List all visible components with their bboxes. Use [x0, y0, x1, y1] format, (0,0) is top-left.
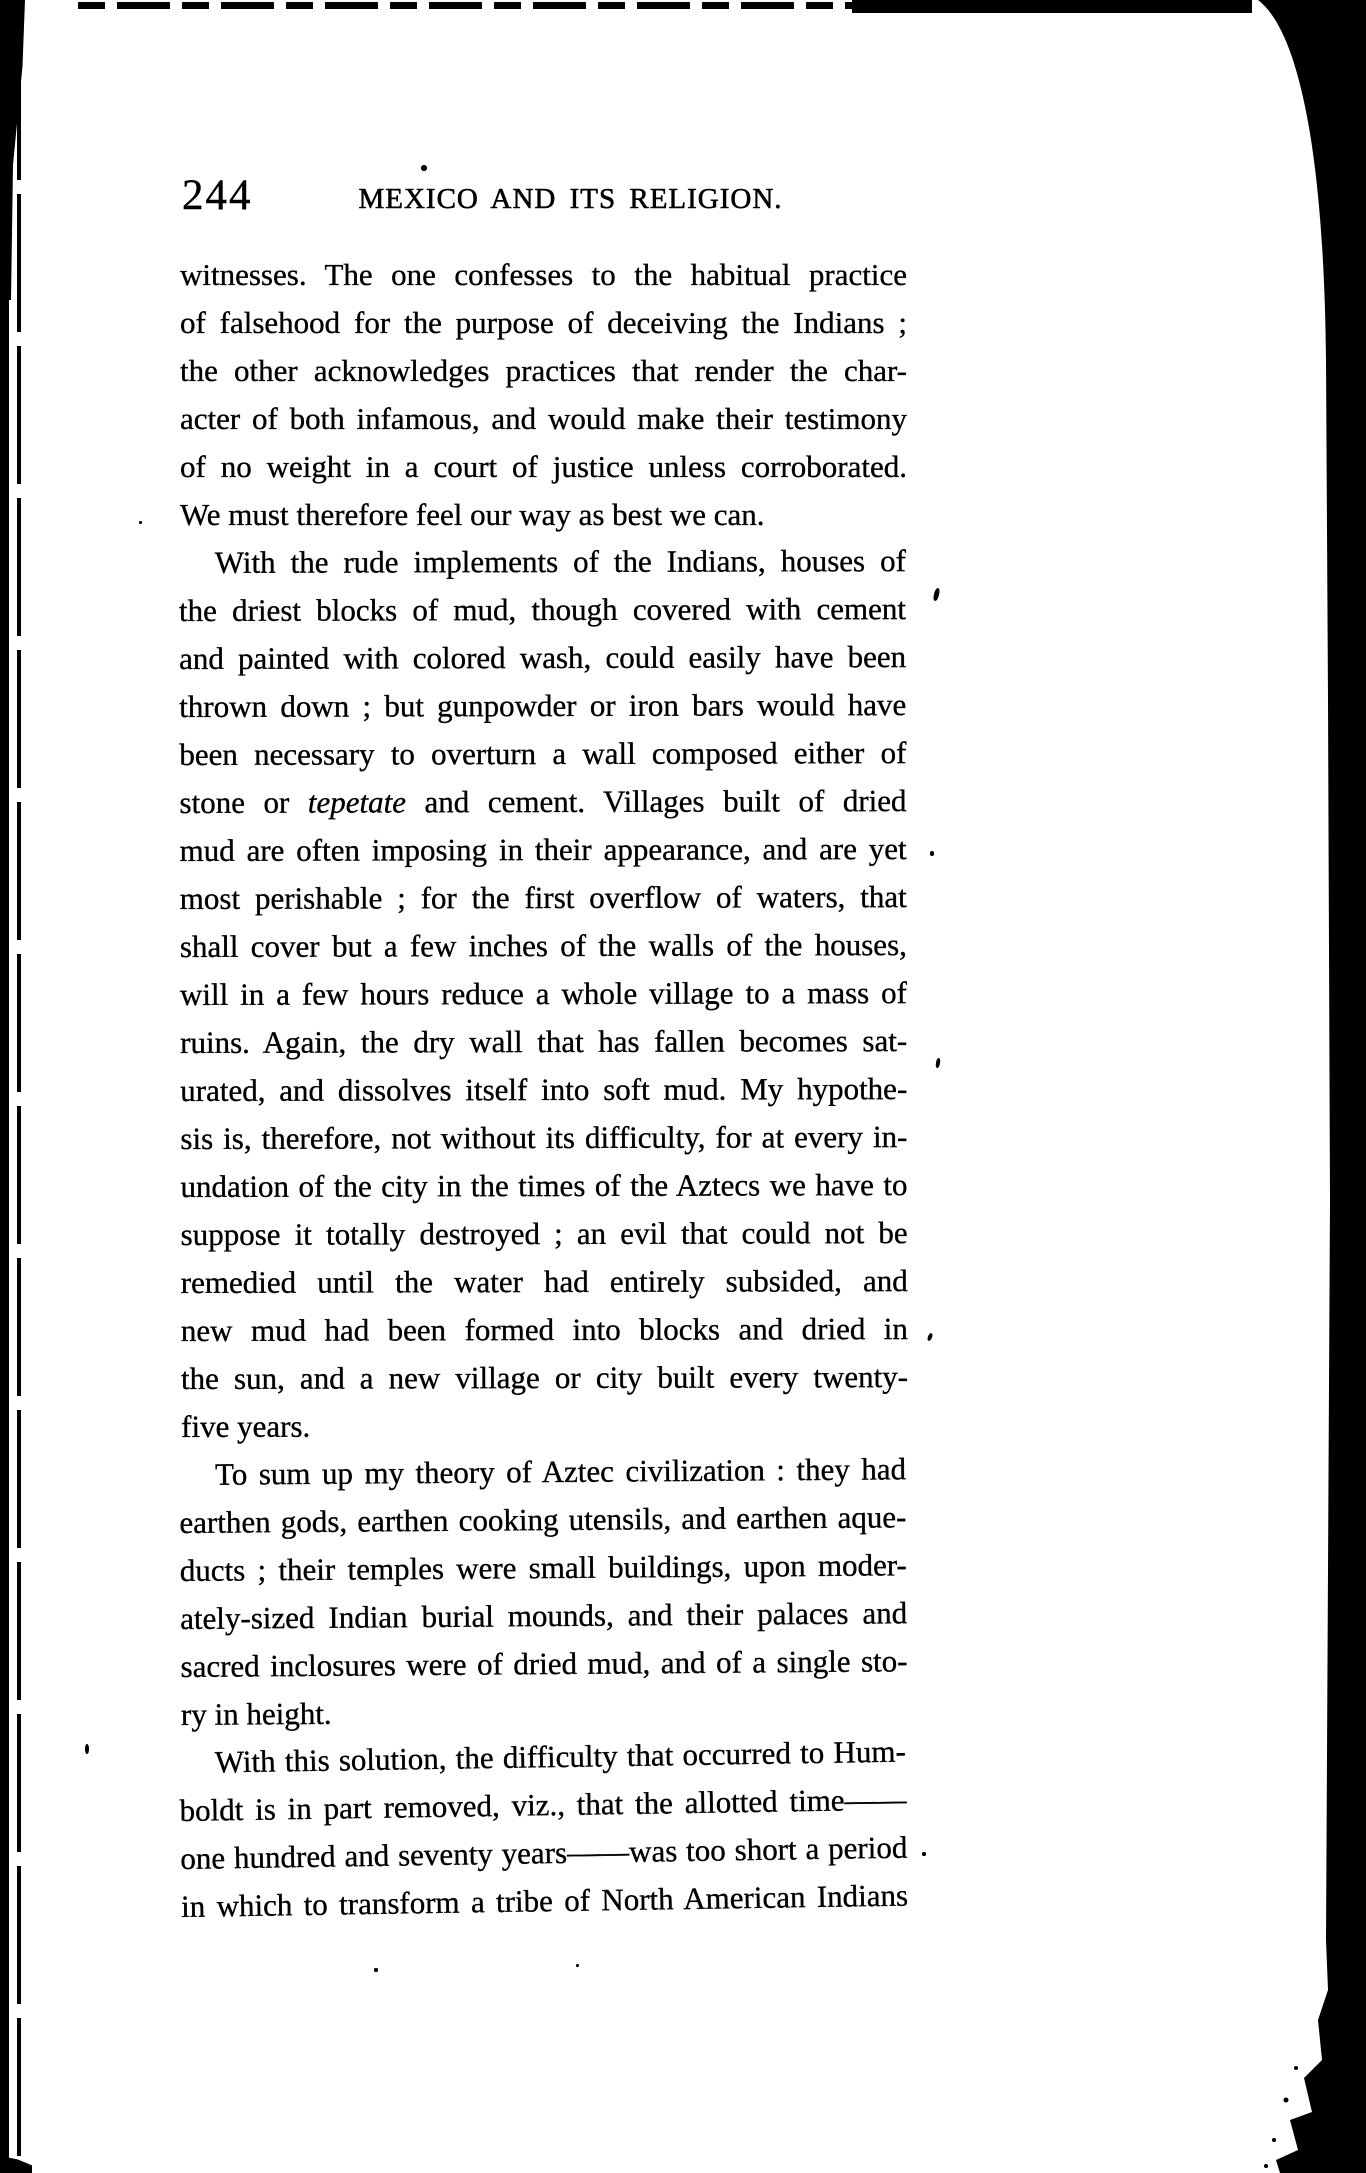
scan-right-edge-shadow: [1246, 0, 1366, 2173]
ink-speck: [935, 1058, 941, 1069]
paragraph: witnesses. The one confesses to the habi…: [180, 251, 907, 539]
ink-speck: [930, 851, 934, 856]
scan-left-edge-bar: [0, 0, 9, 2173]
paragraph: With this solution, the difficulty that …: [178, 1728, 908, 1931]
ink-speck: [933, 588, 941, 602]
text-line: stone or tepetate and cement. Villages b…: [179, 777, 906, 827]
scan-left-edge-line: [17, 42, 21, 2173]
scan-left-top-blob: [0, 0, 25, 300]
page-text-block: witnesses. The one confesses to the habi…: [180, 251, 907, 1931]
text-line: the driest blocks of mud, though covered…: [179, 585, 906, 635]
text-line: thrown down ; but gunpowder or iron bars…: [179, 681, 906, 731]
scan-bottom-left-mark: [0, 2156, 32, 2173]
text-line: will in a few hours reduce a whole villa…: [180, 969, 907, 1019]
text-line: ducts ; their temples were small buildin…: [180, 1541, 907, 1595]
ink-speck: [85, 1744, 89, 1754]
paragraph: To sum up my theory of Aztec civilizatio…: [179, 1445, 908, 1739]
running-title: MEXICO AND ITS RELIGION.: [207, 184, 934, 214]
text-line: most perishable ; for the first overflow…: [180, 873, 907, 923]
ink-speck: [576, 1964, 579, 1967]
text-line: mud are often imposing in their appearan…: [180, 825, 907, 875]
text-line: To sum up my theory of Aztec civilizatio…: [179, 1445, 906, 1499]
text-line: sis is, therefore, not without its diffi…: [180, 1113, 907, 1163]
ink-speck: [421, 165, 427, 171]
ink-speck: [374, 1968, 378, 1972]
scan-top-edge-band: [852, 0, 1252, 13]
text-line: in which to transform a tribe of North A…: [181, 1872, 909, 1931]
text-line: sacred inclosures were of dried mud, and…: [180, 1637, 907, 1691]
text-line: urated, and dissolves itself into soft m…: [180, 1065, 907, 1115]
text-line: earthen gods, earthen cooking utensils, …: [179, 1493, 906, 1547]
ink-speck: [922, 1852, 926, 1856]
text-line: and painted with colored wash, could eas…: [179, 633, 906, 683]
text-line: ruins. Again, the dry wall that has fall…: [180, 1017, 907, 1067]
text-line: the sun, and a new village or city built…: [181, 1353, 908, 1403]
text-line: suppose it totally destroyed ; an evil t…: [181, 1209, 908, 1259]
text-line: ately-sized Indian burial mounds, and th…: [180, 1589, 907, 1643]
text-line: of falsehood for the purpose of deceivin…: [180, 299, 907, 347]
text-line: witnesses. The one confesses to the habi…: [180, 251, 907, 299]
text-line: of no weight in a court of justice unles…: [180, 443, 907, 491]
text-line: undation of the city in the times of the…: [180, 1161, 907, 1211]
text-line: We must therefore feel our way as best w…: [180, 491, 907, 539]
scan-top-edge-dashes: [78, 2, 858, 9]
book-page-scan: 244 MEXICO AND ITS RELIGION. witnesses. …: [0, 0, 1366, 2173]
text-line: acter of both infamous, and would make t…: [180, 395, 907, 443]
text-line: shall cover but a few inches of the wall…: [180, 921, 907, 971]
page-header: 244 MEXICO AND ITS RELIGION.: [180, 178, 907, 218]
text-line: been necessary to overturn a wall compos…: [179, 729, 906, 779]
ink-speck: [927, 1333, 934, 1342]
text-line: With the rude implements of the Indians,…: [179, 537, 906, 587]
text-line: the other acknowledges practices that re…: [180, 347, 907, 395]
text-line: five years.: [181, 1401, 908, 1451]
text-line: new mud had been formed into blocks and …: [181, 1305, 908, 1355]
ink-speck: [139, 521, 142, 524]
paragraph: With the rude implements of the Indians,…: [179, 537, 908, 1451]
text-line: remedied until the water had entirely su…: [181, 1257, 908, 1307]
